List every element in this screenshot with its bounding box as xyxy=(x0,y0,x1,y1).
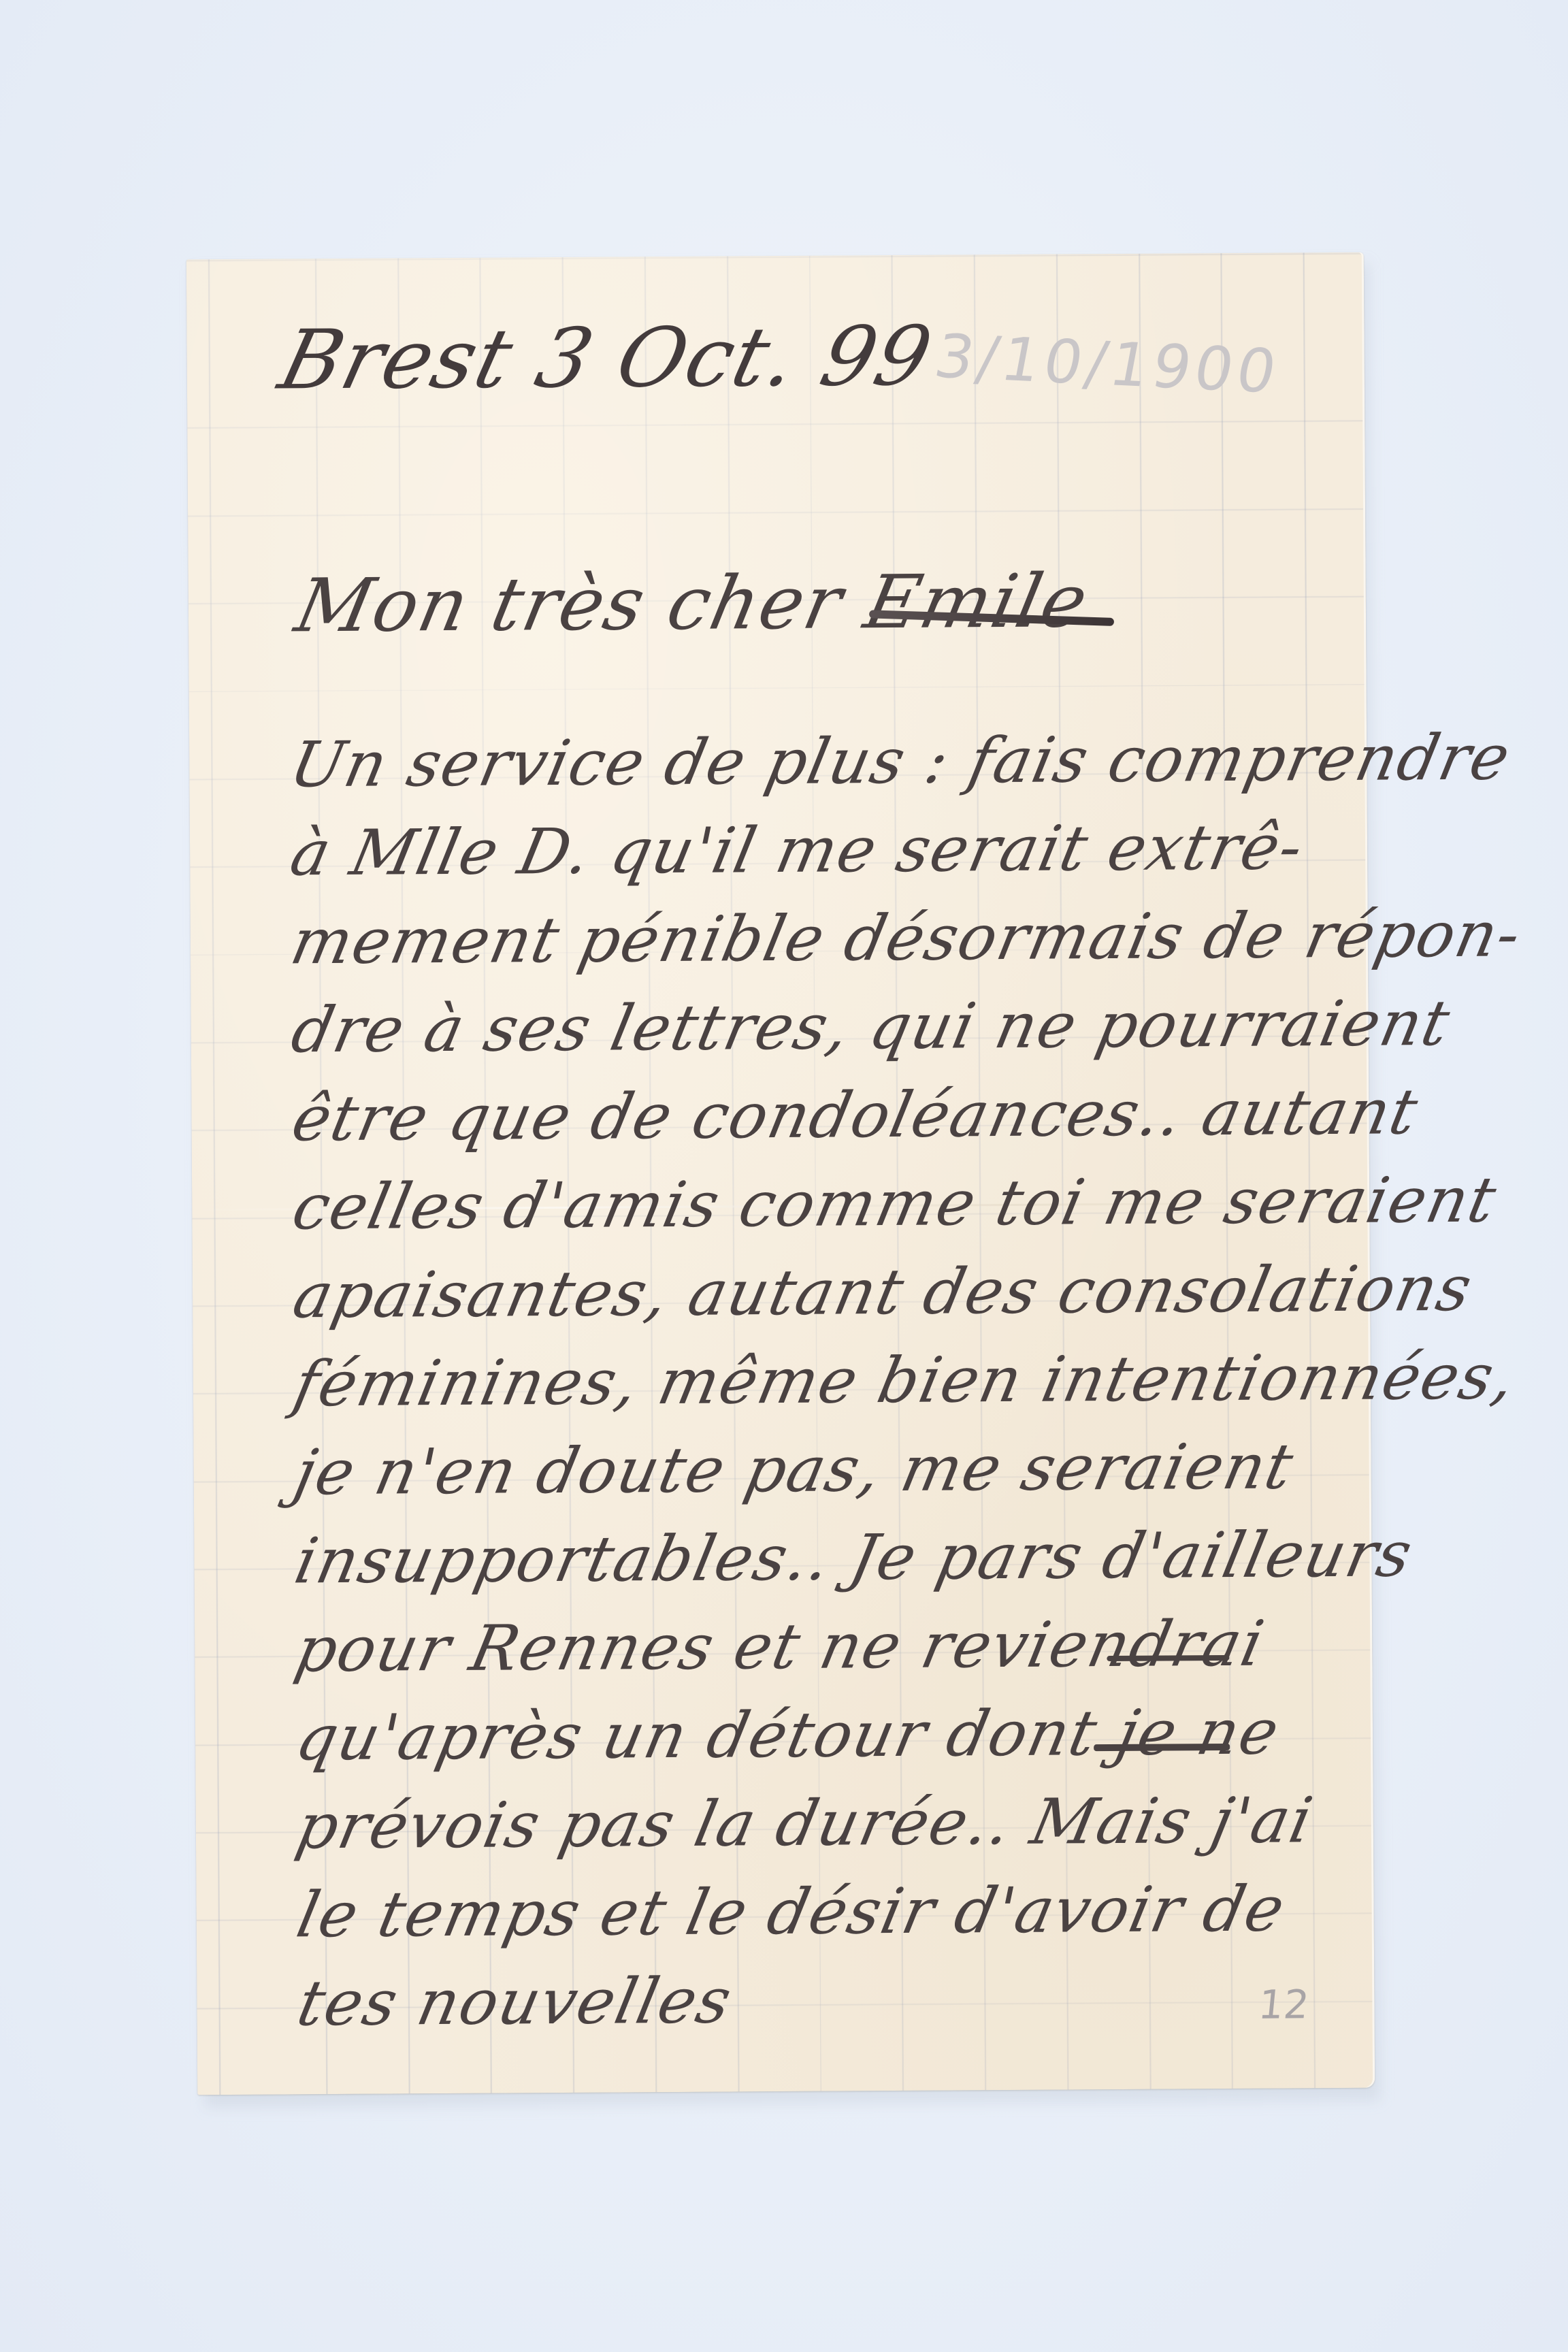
letter-line: insupportables.. Je pars d'ailleurs xyxy=(289,1518,1419,1597)
letter-line: tes nouvelles xyxy=(291,1964,738,2040)
letter-line: qu'après un détour dont je ne xyxy=(290,1695,1286,1774)
place-date: Brest 3 Oct. 99 xyxy=(271,310,942,408)
letter-line: je n'en doute pas, me seraient xyxy=(289,1430,1301,1509)
letter-line: Un service de plus : fais comprendre xyxy=(284,721,1517,801)
salutation: Mon très cher Emile xyxy=(289,559,1096,649)
page-number: 12 xyxy=(1256,1981,1311,2027)
letter-sheet: Brest 3 Oct. 99 3/10/1900 Mon très cher … xyxy=(186,252,1375,2095)
letter-line: pour Rennes et ne reviendrai xyxy=(289,1607,1271,1686)
line-end-flourish xyxy=(1107,1655,1229,1661)
letter-line: apaisantes, autant des consolations xyxy=(287,1252,1479,1333)
letter-line: dre à ses lettres, qui ne pourraient xyxy=(286,987,1457,1067)
letter-line: être que de condoléances.. autant xyxy=(286,1075,1424,1155)
letter-line: féminines, même bien intentionnées, xyxy=(288,1340,1522,1420)
letter-line: prévois pas la durée.. Mais j'ai xyxy=(291,1784,1320,1863)
letter-line: à Mlle D. qu'il me serait extrê- xyxy=(284,811,1310,889)
letter-line: celles d'amis comme toi me seraient xyxy=(287,1164,1503,1244)
line-end-flourish xyxy=(1094,1744,1230,1751)
letter-line: le temps et le désir d'avoir de xyxy=(291,1872,1292,1951)
archival-pencil-date: 3/10/1900 xyxy=(929,321,1286,407)
letter-line: mement pénible désormais de répon- xyxy=(285,898,1528,978)
